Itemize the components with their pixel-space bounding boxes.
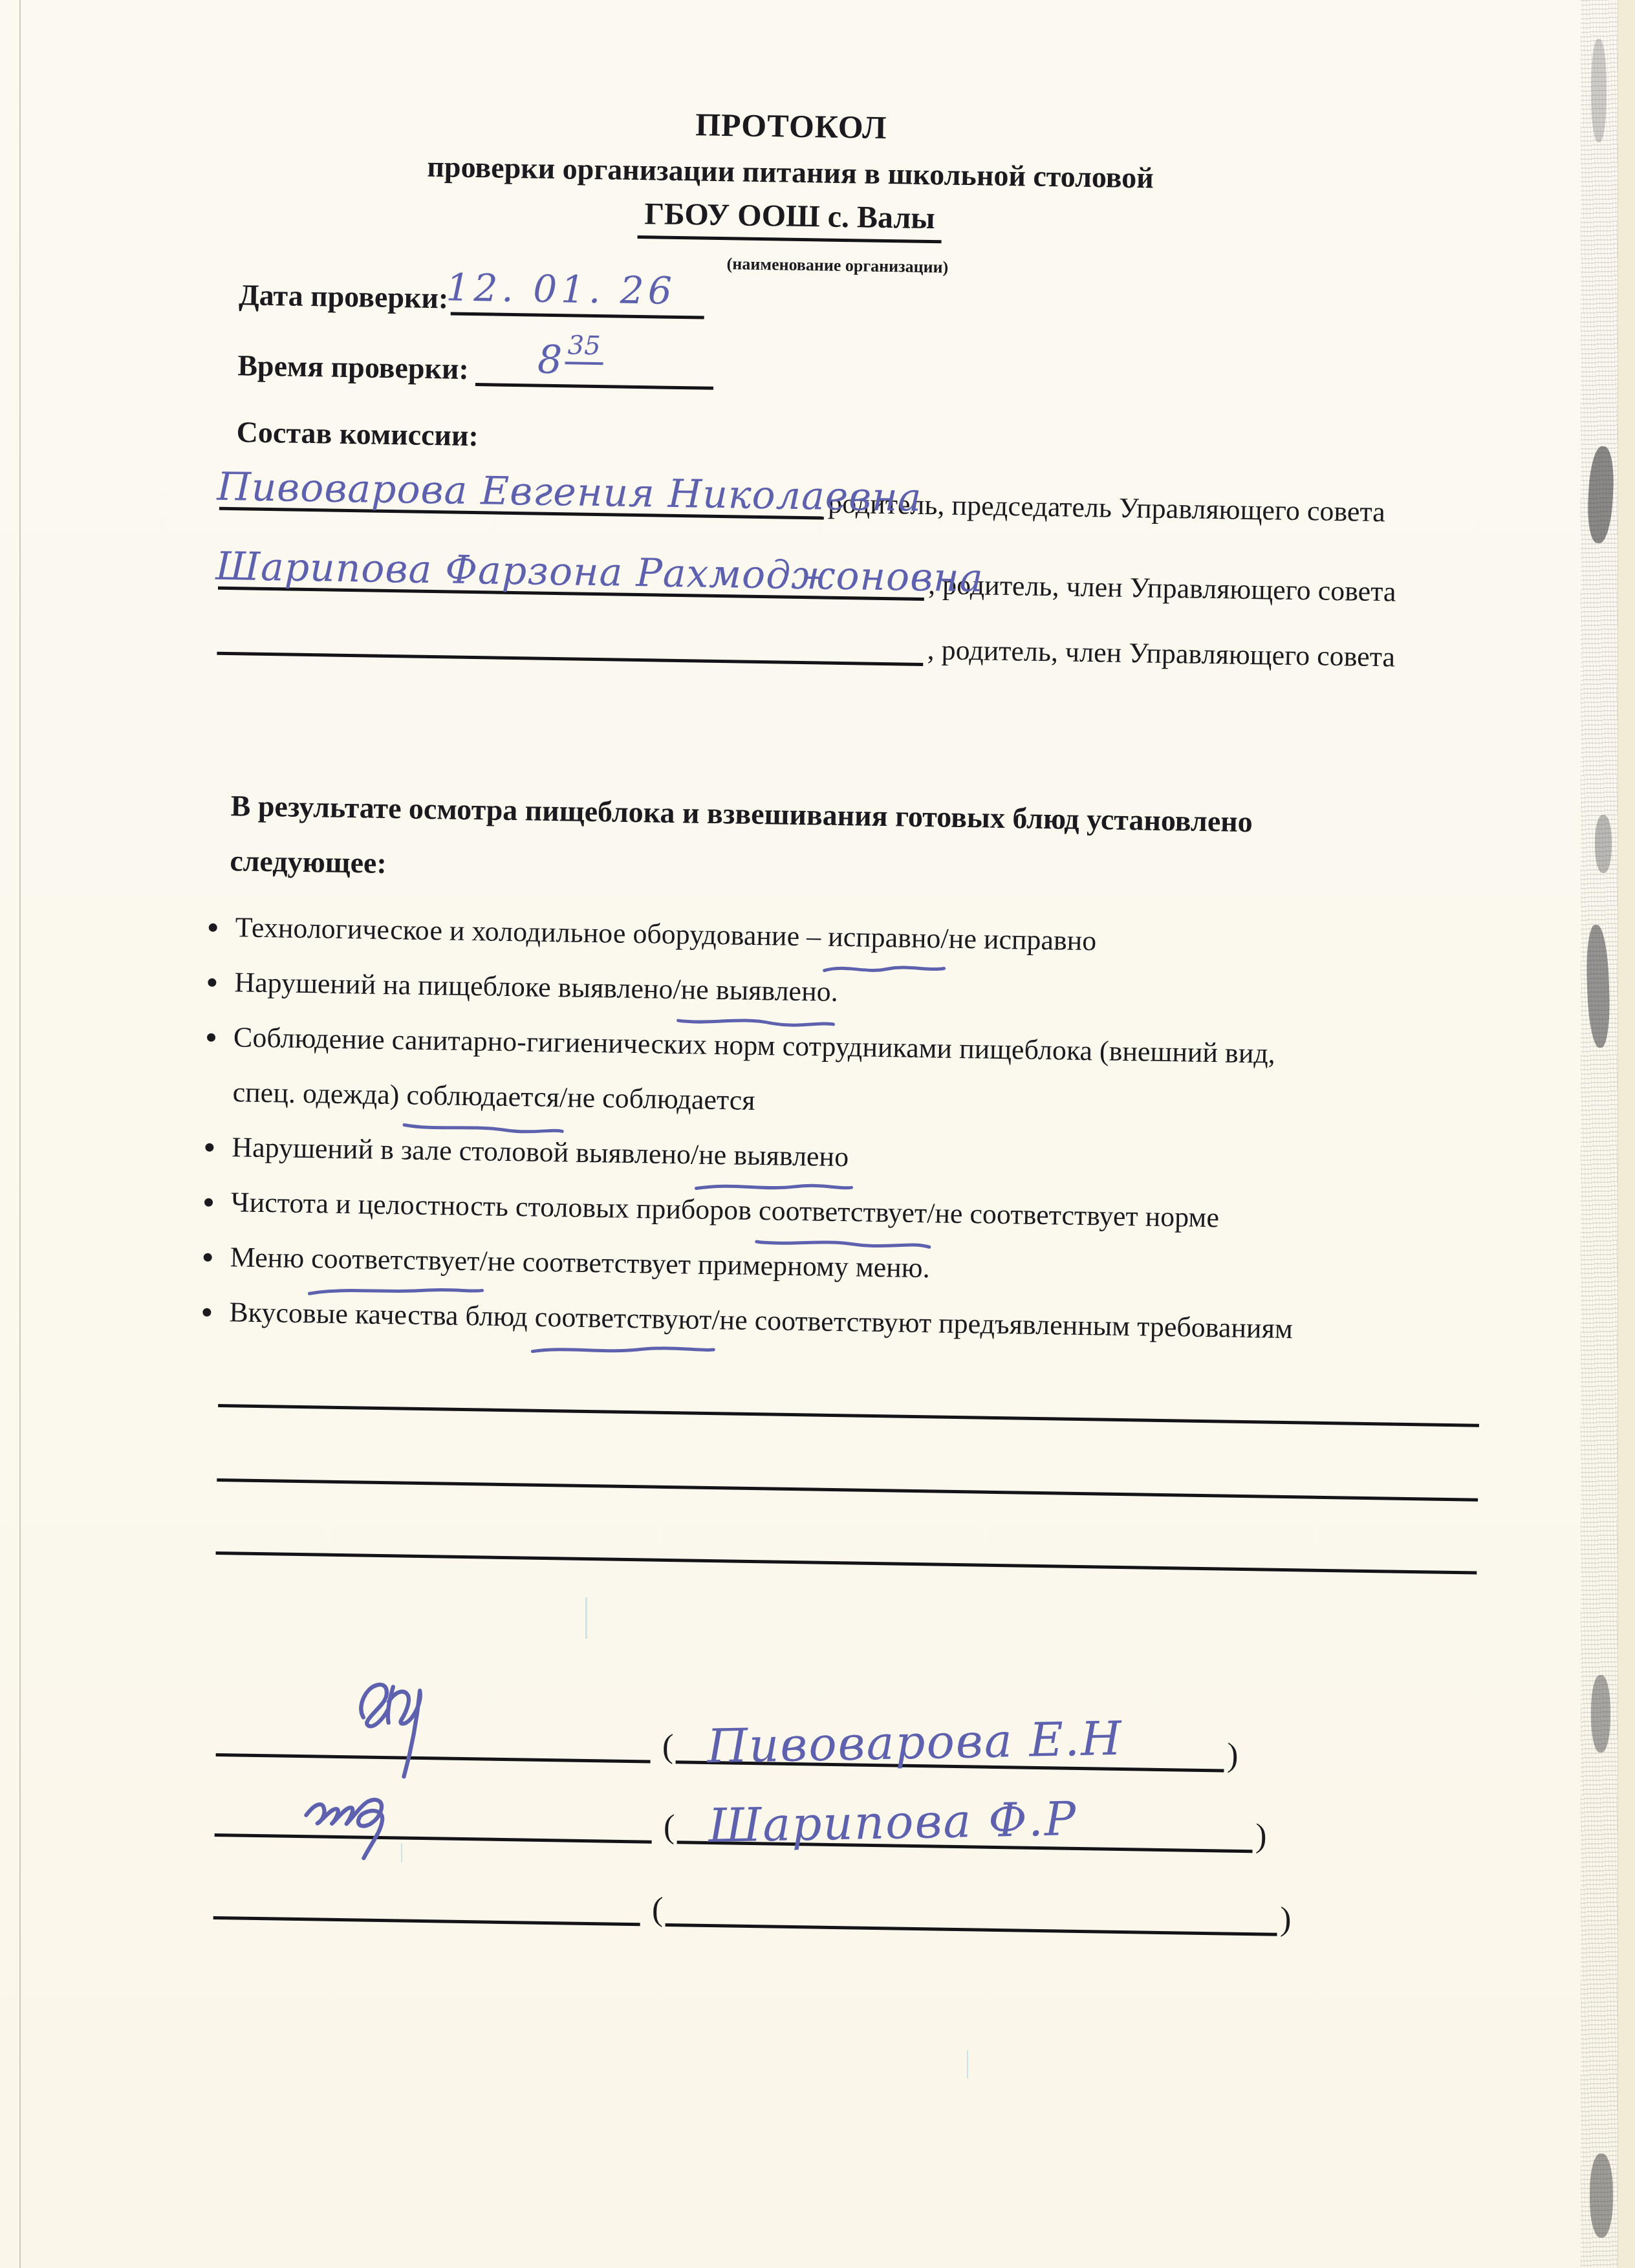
scan-noise-blob [1591, 39, 1607, 142]
document-content: ПРОТОКОЛ проверки организации питания в … [0, 0, 1582, 1941]
time-hours: 8 [537, 338, 563, 383]
commission-member-name: Шарипова Фарзона Рахмоджоновна [215, 544, 984, 601]
finding-selected-option: соответствует [311, 1231, 481, 1288]
commission-member-line [217, 609, 924, 666]
finding-selected-option: не выявлено [680, 962, 831, 1019]
commission-member-role: , родитель, член Управляющего совета [927, 633, 1395, 673]
finding-selected-text: соответствует [759, 1194, 927, 1229]
finding-text-post: /не исправно [940, 922, 1097, 956]
signature-line [213, 1879, 641, 1926]
signature-row: (Шарипова Ф.Р) [215, 1798, 1554, 1858]
scanned-protocol-page: ПРОТОКОЛ проверки организации питания в … [0, 0, 1635, 2268]
finding-text-pre: Чистота и целостность столовых приборов [231, 1186, 759, 1226]
time-field-row: Время проверки:835 [237, 341, 1577, 404]
paren-close: ) [1277, 1903, 1294, 1936]
commission-member-line: Шарипова Фарзона Рахмоджоновна [218, 544, 925, 601]
finding-item: Соблюдение санитарно-гигиенических норм … [227, 1010, 1522, 1139]
signature-scribble [332, 1663, 463, 1779]
findings-intro: В результате осмотра пищеблока и взвешив… [230, 778, 1570, 909]
finding-selected-option: соответствуют [534, 1290, 712, 1347]
signature-name-line: Шарипова Ф.Р [677, 1803, 1253, 1853]
commission-member-row: , родитель, член Управляющего совета [217, 609, 1572, 676]
hand-underline-stroke [529, 1342, 718, 1358]
paren-open: ( [649, 1893, 666, 1927]
finding-text-post: /не соответствует примерному меню. [479, 1245, 930, 1284]
finding-selected-option: не выявлено [698, 1127, 849, 1185]
signature-name-ink: Пивоварова Е.Н [707, 1711, 1123, 1773]
signature-section: (Пивоварова Е.Н) (Шарипова Ф.Р) () [213, 1718, 1555, 1940]
commission-member-row: Шарипова Фарзона Рахмоджоновна, родитель… [218, 544, 1574, 611]
findings-section: В результате осмотра пищеблока и взвешив… [0, 774, 1570, 1360]
write-in-lines [216, 1404, 1560, 1576]
finding-selected-option: исправно [827, 909, 941, 966]
time-fill-line: 835 [475, 345, 713, 390]
paren-close: ) [1253, 1819, 1270, 1853]
scan-noise-blob [1591, 1675, 1610, 1753]
findings-list: Технологическое и холодильное оборудован… [224, 900, 1524, 1359]
commission-member-row: Пивоварова Евгения Николаевнародитель, п… [219, 464, 1575, 532]
commission-member-line: Пивоварова Евгения Николаевна [219, 464, 825, 520]
finding-text-post: /не соответствуют предъявленным требован… [711, 1304, 1293, 1345]
signature-scribble [298, 1765, 455, 1864]
finding-selected-text: не выявлено [698, 1139, 849, 1173]
commission-member-role: , родитель, член Управляющего совета [928, 568, 1396, 608]
scan-speck [967, 2050, 968, 2079]
finding-selected-text: соблюдается [406, 1079, 559, 1114]
finding-text-post: /не соответствует норме [927, 1197, 1219, 1233]
finding-selected-text: соответствует [311, 1242, 480, 1277]
hand-underline-stroke [675, 1014, 837, 1030]
signature-line [215, 1796, 653, 1844]
write-in-line [218, 1404, 1479, 1427]
signature-name-line [666, 1886, 1278, 1936]
finding-selected-text: исправно [828, 921, 941, 955]
document-header: ПРОТОКОЛ проверки организации питания в … [0, 0, 1582, 287]
scan-edge-band [1618, 0, 1635, 2268]
commission-heading: Состав комиссии: [236, 415, 1575, 470]
date-handwritten-value: 12. 01. 26 [446, 265, 676, 313]
time-handwritten-value: 835 [537, 338, 603, 384]
check-fields: Дата проверки:12. 01. 26 Время проверки:… [237, 271, 1577, 403]
organization-name: ГБОУ ООШ с. Валы [638, 196, 942, 243]
finding-selected-text: не выявлено [680, 973, 831, 1008]
finding-text-post: . [830, 976, 838, 1008]
finding-text-pre: Меню [230, 1241, 311, 1274]
time-minutes-superscript: 35 [565, 330, 603, 365]
finding-text-pre: Вкусовые качества блюд [229, 1296, 535, 1332]
write-in-line [216, 1551, 1477, 1575]
hand-underline-stroke [822, 962, 947, 977]
signature-name-ink: Шарипова Ф.Р [708, 1791, 1078, 1853]
signature-name-line: Пивоварова Е.Н [676, 1723, 1225, 1772]
scan-noise-band [1581, 0, 1618, 2268]
paren-open: ( [661, 1810, 678, 1844]
write-in-line [217, 1478, 1478, 1502]
hand-underline-stroke [401, 1119, 566, 1135]
paren-close: ) [1224, 1739, 1241, 1773]
finding-text-pre: Нарушений на пищеблоке выявлено/ [234, 966, 681, 1005]
finding-selected-option: соблюдается [406, 1068, 560, 1125]
finding-text-pre: Технологическое и холодильное оборудован… [235, 911, 828, 952]
date-label: Дата проверки: [239, 278, 449, 314]
paren-open: ( [660, 1730, 677, 1764]
finding-text-post: /не соблюдается [559, 1081, 755, 1116]
scan-noise-blob [1595, 815, 1612, 873]
signature-line [216, 1716, 651, 1764]
time-label: Время проверки: [237, 349, 469, 385]
finding-selected-text: соответствуют [534, 1301, 711, 1335]
scan-noise-blob [1590, 2154, 1613, 2238]
finding-selected-option: соответствует [758, 1183, 927, 1240]
signature-row: () [213, 1881, 1553, 1941]
commission-member-name: Пивоварова Евгения Николаевна [217, 464, 922, 521]
finding-text-pre: Нарушений в зале столовой выявлено/ [232, 1131, 699, 1170]
date-fill-line: 12. 01. 26 [451, 274, 705, 319]
